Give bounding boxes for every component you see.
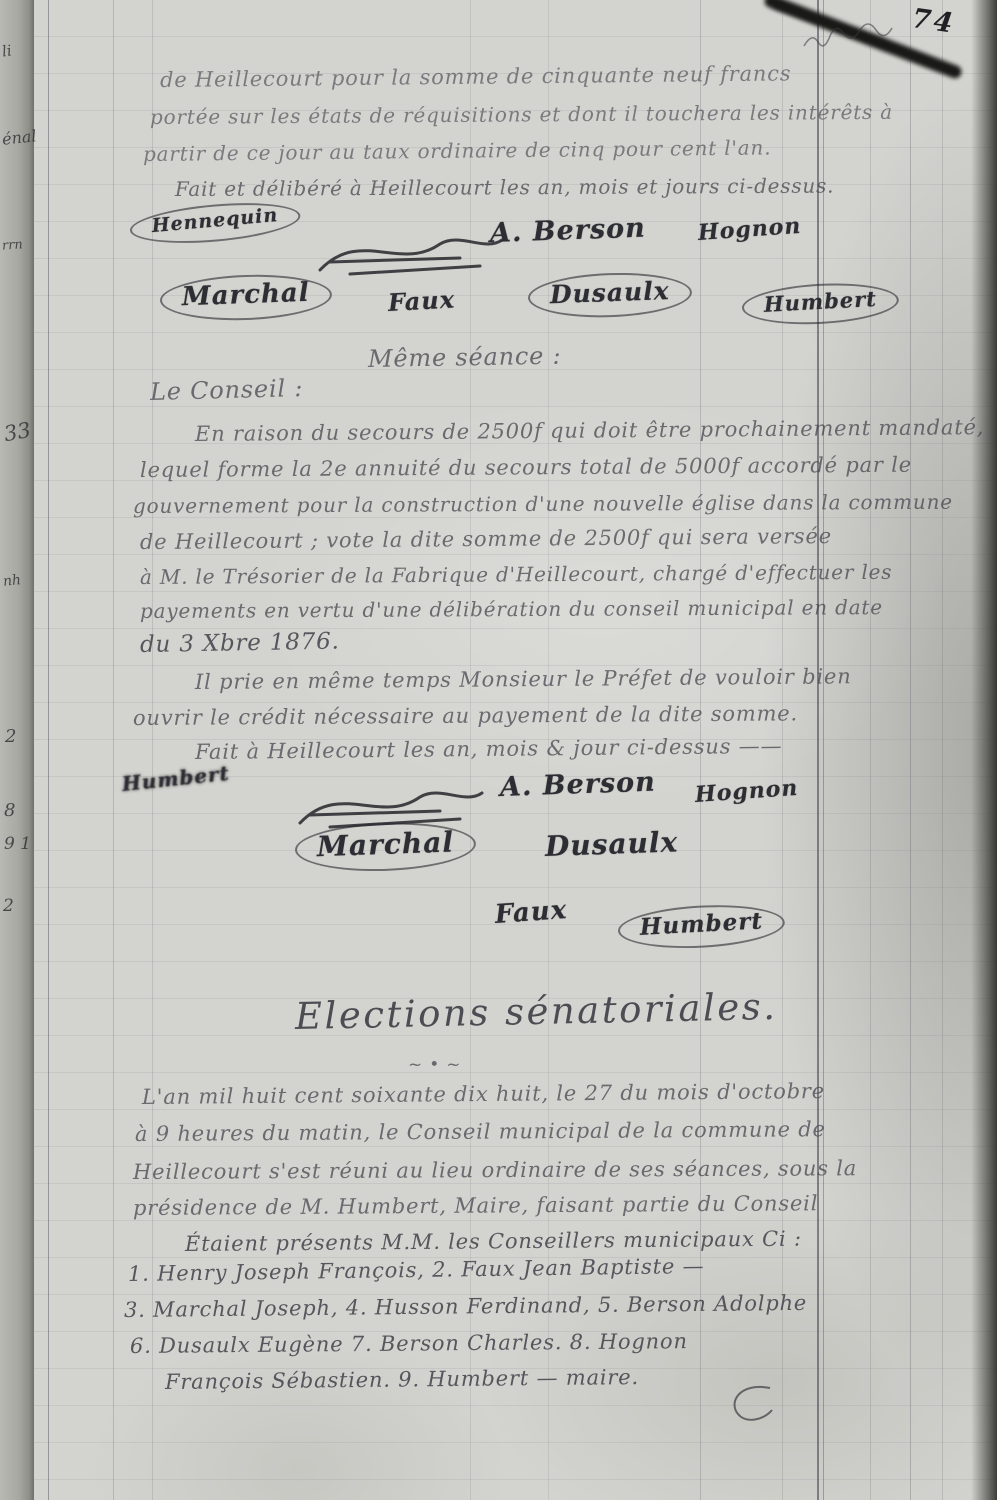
manuscript-line: 1. Henry Joseph François, 2. Faux Jean B… [128, 1254, 705, 1286]
margin-rule [48, 0, 49, 1500]
column-rule [910, 0, 911, 1500]
signature: Dusaulx [527, 270, 692, 320]
book-gutter-shadow [971, 0, 997, 1500]
margin-fragment: énal [1, 126, 37, 148]
manuscript-line: Étaient présents M.M. les Conseillers mu… [185, 1227, 802, 1256]
column-rule [870, 0, 871, 1500]
signature: Hognon [697, 213, 802, 246]
manuscript-line: 6. Dusaulx Eugène 7. Berson Charles. 8. … [130, 1329, 688, 1358]
margin-fragment: li [1, 41, 13, 60]
signature: Marchal [159, 272, 332, 323]
signature: Humbert [121, 761, 231, 796]
heading-divider-flourish: ~ • ~ [408, 1055, 461, 1075]
signature: A. Berson [499, 767, 656, 803]
manuscript-line: Il prie en même temps Monsieur le Préfet… [195, 664, 852, 694]
manuscript-line: de Heillecourt pour la somme de cinquant… [160, 61, 792, 92]
manuscript-line: Heillecourt s'est réuni au lieu ordinair… [133, 1156, 857, 1184]
manuscript-line: de Heillecourt ; vote la dite somme de 2… [140, 524, 832, 554]
column-rule-heavy [823, 0, 824, 1500]
margin-fragment: rrn [2, 237, 24, 253]
manuscript-line: présidence de M. Humbert, Maire, faisant… [133, 1191, 818, 1220]
manuscript-line: lequel forme la 2e annuité du secours to… [140, 453, 912, 482]
manuscript-line: En raison du secours de 2500f qui doit ê… [195, 415, 984, 446]
manuscript-line: à M. le Trésorier de la Fabrique d'Heill… [140, 560, 892, 589]
subheading-le-conseil: Le Conseil : [150, 374, 304, 406]
margin-fragment: 8 [4, 800, 15, 821]
manuscript-line: payements en vertu d'une délibération du… [140, 595, 883, 623]
manuscript-line: partir de ce jour au taux ordinaire de c… [143, 135, 772, 166]
document-scan: li énal rrn 33 nh 2 8 9 1 2 74 de Heille… [0, 0, 997, 1500]
column-rule-heavy [817, 0, 819, 1500]
signature-paraph [310, 222, 510, 282]
subheading-meme-seance: Même séance : [368, 342, 562, 373]
illegible-annotation-squiggle [800, 16, 910, 56]
signature: Faux [387, 285, 455, 317]
manuscript-line: Fait à Heillecourt les an, mois & jour c… [195, 734, 783, 764]
manuscript-line: gouvernement pour la construction d'une … [133, 490, 953, 518]
previous-page-edge [0, 0, 34, 1500]
signature: Humbert [617, 901, 786, 952]
manuscript-line: Fait et délibéré à Heillecourt les an, m… [175, 174, 834, 201]
manuscript-line: 3. Marchal Joseph, 4. Husson Ferdinand, … [124, 1291, 807, 1322]
margin-fragment: 2 [5, 726, 16, 747]
signature: Hognon [694, 775, 799, 808]
signature: Dusaulx [544, 825, 678, 863]
signature: Hennequin [128, 197, 301, 249]
signature: A. Berson [489, 213, 646, 249]
margin-rule [113, 0, 114, 1500]
column-rule [942, 0, 943, 1500]
margin-fragment: 9 1 [4, 834, 31, 854]
pen-flourish [720, 1380, 780, 1450]
page-number: 74 [910, 3, 957, 40]
signature: Faux [494, 895, 568, 930]
manuscript-line: François Sébastien. 9. Humbert — maire. [165, 1365, 639, 1394]
manuscript-line: L'an mil huit cent soixante dix huit, le… [142, 1079, 825, 1109]
manuscript-line: du 3 Xbre 1876. [140, 629, 340, 658]
margin-fragment: nh [2, 572, 22, 590]
section-heading: Elections sénatoriales. [295, 985, 778, 1038]
signature: Humbert [741, 280, 900, 328]
margin-fragment: 2 [3, 896, 14, 916]
manuscript-line: à 9 heures du matin, le Conseil municipa… [135, 1117, 826, 1146]
margin-fragment: 33 [2, 418, 32, 446]
manuscript-line: ouvrir le crédit nécessaire au payement … [133, 701, 798, 730]
